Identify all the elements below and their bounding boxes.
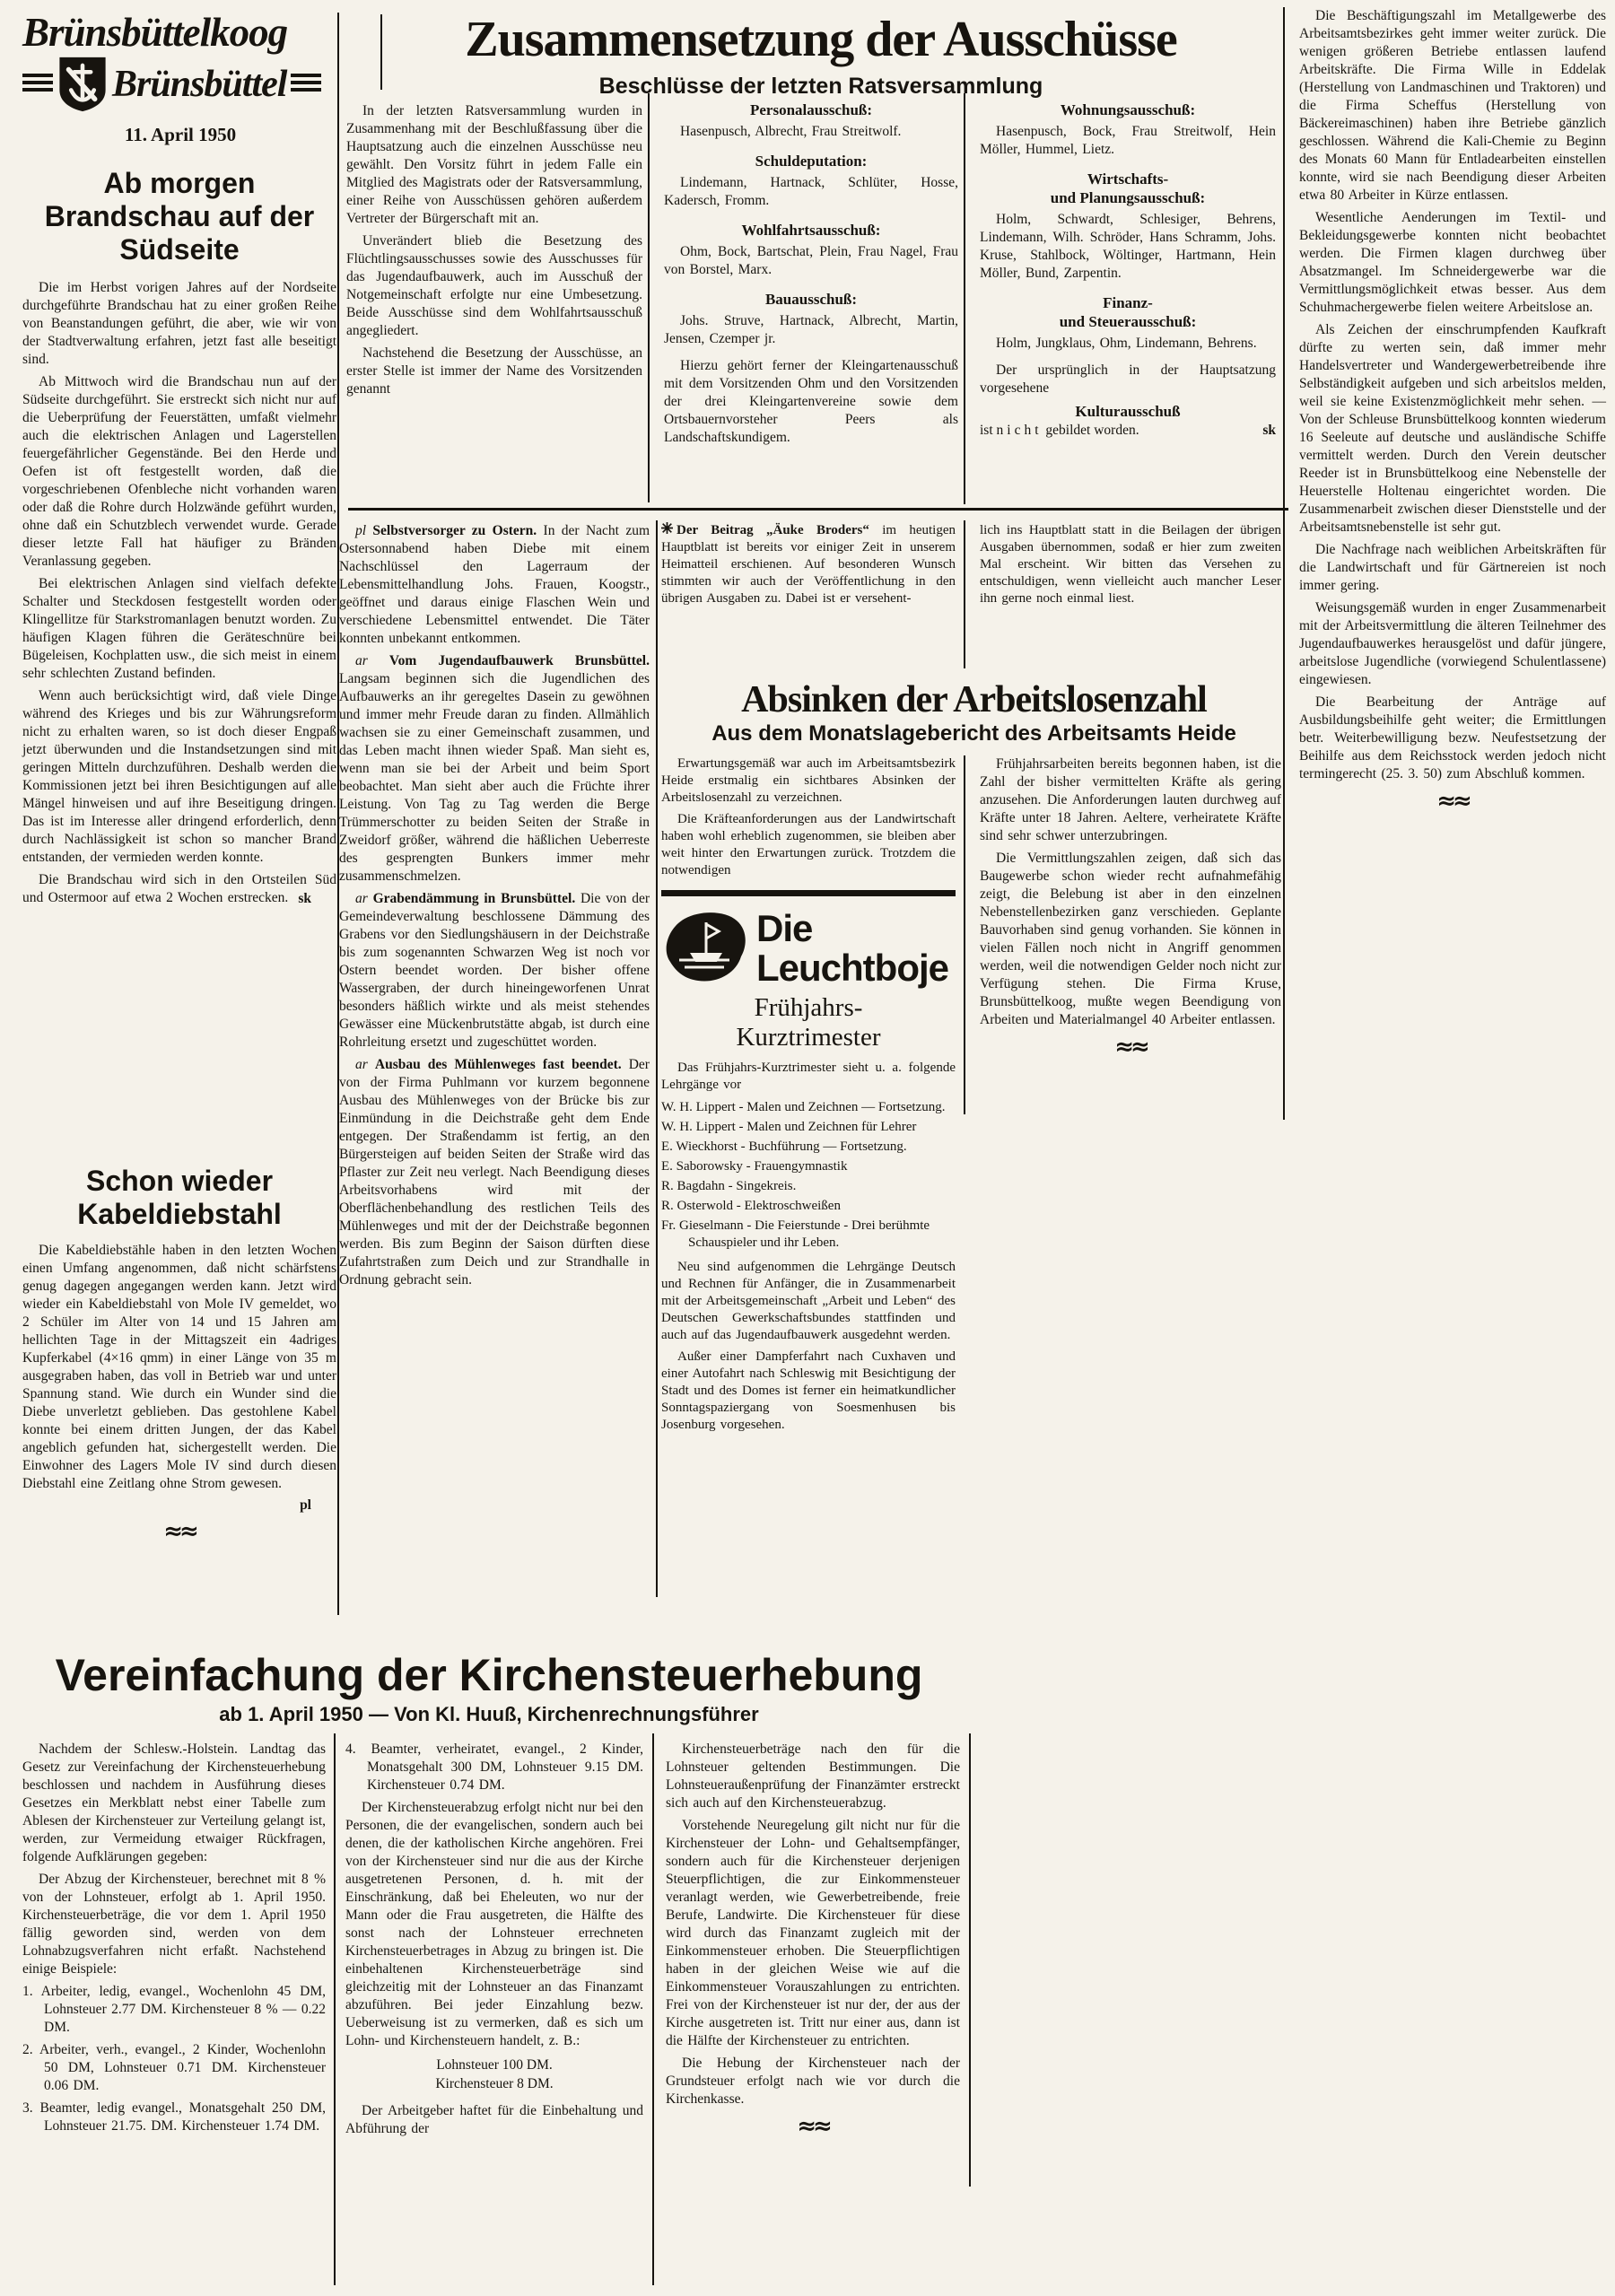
course-item: W. H. Lippert - Malen und Zeichnen für L… xyxy=(661,1119,956,1136)
news-item: ar Vom Jugendaufbauwerk Brunsbüttel. Lan… xyxy=(339,652,650,886)
column-rule xyxy=(969,1733,971,2187)
article-body: Die Kabeldiebstähle haben in den letzten… xyxy=(22,1242,336,1493)
paragraph: Die Beschäftigungszahl im Metallgewerbe … xyxy=(1299,7,1606,205)
committee-members: Holm, Jungklaus, Ohm, Lindemann, Behrens… xyxy=(980,335,1276,353)
news-item: pl Selbstversorger zu Ostern. In der Nac… xyxy=(339,522,650,648)
squiggle-divider: ≈≈ xyxy=(666,2117,960,2135)
kirchensteuer-col-1: Nachdem der Schlesw.-Holstein. Landtag d… xyxy=(22,1741,326,2140)
committee-title: Wohlfahrtsausschuß: xyxy=(664,221,958,240)
news-item: ar Ausbau des Mühlenweges fast beendet. … xyxy=(339,1056,650,1289)
kirchensteuer-byline: ab 1. April 1950 — Von Kl. Huuß, Kirchen… xyxy=(13,1703,965,1726)
column-rule xyxy=(648,93,650,502)
local-news-column: pl Selbstversorger zu Ostern. In der Nac… xyxy=(339,522,650,1294)
local-news-items: pl Selbstversorger zu Ostern. In der Nac… xyxy=(339,522,650,1289)
paragraph: Kirchensteuerbeträge nach den für die Lo… xyxy=(666,1741,960,1812)
committee-members: Holm, Schwardt, Schlesiger, Behrens, Lin… xyxy=(980,211,1276,283)
course-item: E. Saborowsky - Frauengymnastik xyxy=(661,1158,956,1175)
asterisk-star-icon xyxy=(661,522,673,534)
body: Kirchensteuerbeträge nach den für die Lo… xyxy=(666,1741,960,2108)
committee-members: Johs. Struve, Hartnack, Albrecht, Martin… xyxy=(664,312,958,348)
squiggle-divider: ≈≈ xyxy=(1299,792,1606,810)
news-lead: Grabendämmung in Brunsbüttel. xyxy=(373,891,581,906)
absinken-body-right: Frühjahrsarbeiten bereits begonnen haben… xyxy=(980,755,1281,1029)
committee-list-1: Personalausschuß:Hasenpusch, Albrecht, F… xyxy=(664,90,958,451)
notice-lead: Der Beitrag „Äuke Broders“ xyxy=(677,523,869,537)
paragraph: Als Zeichen der einschrumpfenden Kaufkra… xyxy=(1299,321,1606,537)
body: Nachdem der Schlesw.-Holstein. Landtag d… xyxy=(22,1741,326,1978)
centered-line: Kirchensteuer 8 DM. xyxy=(345,2074,643,2093)
committee-title: Bauausschuß: xyxy=(664,290,958,309)
leuchtboje-header: Die Leuchtboje xyxy=(661,909,956,988)
committee-groups: Personalausschuß:Hasenpusch, Albrecht, F… xyxy=(664,100,958,348)
kultur-pre: ist xyxy=(980,423,993,438)
paragraph: Frühjahrsarbeiten bereits begonnen haben… xyxy=(980,755,1281,845)
leuchtboje-title: Die Leuchtboje xyxy=(756,909,948,988)
committee-title: Finanz- und Steuerausschuß: xyxy=(980,293,1276,331)
leuchtboje-intro: Das Frühjahrs-Kurztrimester sieht u. a. … xyxy=(661,1060,956,1094)
ribbon-decoration-icon xyxy=(22,74,53,95)
example-item: 1. Arbeiter, ledig, evangel., Wochenlohn… xyxy=(22,1983,326,2037)
paragraph: Unverändert blieb die Besetzung des Flüc… xyxy=(346,232,642,340)
absinken-body-left: Erwartungsgemäß war auch im Arbeitsamtsb… xyxy=(661,755,956,879)
masthead: Brünsbüttelkoog Brünsbüttel 11. April 19… xyxy=(22,11,338,146)
example-item: 2. Arbeiter, verh., evangel., 2 Kinder, … xyxy=(22,2041,326,2095)
committee-list-2: Wohnungsausschuß:Hasenpusch, Bock, Frau … xyxy=(980,90,1276,439)
squiggle-divider: ≈≈ xyxy=(980,1038,1281,1056)
kultur-title: Kulturausschuß xyxy=(980,402,1276,421)
paragraph: Wesentliche Aenderungen im Textil- und B… xyxy=(1299,209,1606,317)
tax-example-lines: Lohnsteuer 100 DM.Kirchensteuer 8 DM. xyxy=(345,2056,643,2093)
paragraph: Die Kräfteanforderungen aus der Landwirt… xyxy=(661,811,956,879)
paragraph: Außer einer Dampferfahrt nach Cuxhaven u… xyxy=(661,1349,956,1434)
article-kabeldiebstahl: Schon wieder Kabeldiebstahl Die Kabeldie… xyxy=(22,1165,336,1546)
paragraph: Hierzu gehört ferner der Kleingartenauss… xyxy=(664,357,958,447)
committee-title: Wohnungsausschuß: xyxy=(980,100,1276,119)
article-title: Schon wieder Kabeldiebstahl xyxy=(22,1165,336,1231)
thick-rule xyxy=(661,890,956,896)
committee-title: Wirtschafts- und Planungsausschuß: xyxy=(980,170,1276,207)
column-rule xyxy=(964,520,965,668)
news-item: ar Grabendämmung in Brunsbüttel. Die von… xyxy=(339,890,650,1052)
article-title: Ab morgen Brandschau auf der Südseite xyxy=(22,167,336,266)
shield-anchor-hammer-icon xyxy=(57,56,108,113)
news-lead: Vom Jugendaufbauwerk Brunsbüttel. xyxy=(389,653,650,668)
column-rule xyxy=(334,1733,336,2285)
issue-date: 11. April 1950 xyxy=(22,124,338,146)
news-lead: Ausbau des Mühlenweges fast beendet. xyxy=(375,1057,629,1072)
body: Der Kirchensteuerabzug erfolgt nicht nur… xyxy=(345,1799,643,2050)
section-rule xyxy=(348,508,1288,511)
course-item: Fr. Gieselmann - Die Feierstunde - Drei … xyxy=(661,1218,956,1252)
column-rule xyxy=(964,93,965,504)
kirchensteuer-col-3: Kirchensteuerbeträge nach den für die Lo… xyxy=(666,1741,960,2141)
course-item: R. Bagdahn - Singekreis. xyxy=(661,1178,956,1195)
labour-market-column: Die Beschäftigungszahl im Metallgewerbe … xyxy=(1299,7,1606,816)
absinken-subhead: Aus dem Monatslagebericht des Arbeitsamt… xyxy=(658,721,1290,746)
masthead-title-line1: Brünsbüttelkoog xyxy=(22,11,338,54)
paragraph: Die Nachfrage nach weiblichen Arbeitskrä… xyxy=(1299,541,1606,595)
paragraph: Nachdem der Schlesw.-Holstein. Landtag d… xyxy=(22,1741,326,1866)
committee-members: Ohm, Bock, Bartschat, Plein, Frau Nagel,… xyxy=(664,243,958,279)
intro-body: In der letzten Ratsversammlung wurden in… xyxy=(346,102,642,398)
news-signature: pl xyxy=(355,523,372,538)
column-rule xyxy=(964,755,965,1114)
paragraph: Neu sind aufgenommen die Lehrgänge Deuts… xyxy=(661,1259,956,1344)
paragraph: Erwartungsgemäß war auch im Arbeitsamtsb… xyxy=(661,755,956,807)
absinken-col-right: Frühjahrsarbeiten bereits begonnen haben… xyxy=(980,755,1281,1061)
course-list: W. H. Lippert - Malen und Zeichnen — For… xyxy=(661,1099,956,1252)
course-item: E. Wieckhorst - Buchführung — Fortsetzun… xyxy=(661,1139,956,1156)
ribbon-decoration-icon xyxy=(291,74,321,95)
examples: 4. Beamter, verheiratet, evangel., 2 Kin… xyxy=(345,1741,643,1794)
leuchtboje-subtitle: Frühjahrs- Kurztrimester xyxy=(661,993,956,1052)
example-item: 4. Beamter, verheiratet, evangel., 2 Kin… xyxy=(345,1741,643,1794)
article-body: Die im Herbst vorigen Jahres auf der Nor… xyxy=(22,279,336,907)
article-brandschau: Ab morgen Brandschau auf der Südseite Di… xyxy=(22,167,336,907)
committee-groups: Wohnungsausschuß:Hasenpusch, Bock, Frau … xyxy=(980,100,1276,353)
course-item: R. Osterwold - Elektroschweißen xyxy=(661,1198,956,1215)
beitrag-notice-left: Der Beitrag „Äuke Broders“ im heutigen H… xyxy=(661,522,956,612)
paragraph: Wenn auch berücksichtigt wird, daß viele… xyxy=(22,687,336,867)
column-rule xyxy=(1283,7,1285,1120)
kultur-spaced: nicht xyxy=(997,423,1043,438)
paragraph: Die Vermittlungszahlen zeigen, daß sich … xyxy=(980,850,1281,1029)
paragraph: Ab Mittwoch wird die Brandschau nun auf … xyxy=(22,373,336,571)
paragraph: Der Arbeitgeber haftet für die Einbehalt… xyxy=(345,2102,643,2138)
masthead-title-line2: Brünsbüttel xyxy=(112,63,286,106)
committee-members: Hasenpusch, Albrecht, Frau Streitwolf. xyxy=(664,123,958,141)
paragraph: Vorstehende Neuregelung gilt nicht nur f… xyxy=(666,1817,960,2050)
newspaper-page: Brünsbüttelkoog Brünsbüttel 11. April 19… xyxy=(0,0,1615,2296)
paragraph: Der ursprünglich in der Hauptsatzung vor… xyxy=(980,362,1276,397)
course-item: W. H. Lippert - Malen und Zeichnen — For… xyxy=(661,1099,956,1116)
kultur-line: ist nicht gebildet worden. sk xyxy=(980,423,1276,439)
beitrag-notice-right: lich ins Hauptblatt statt in die Beilage… xyxy=(980,522,1281,612)
kirchensteuer-headline: Vereinfachung der Kirchensteuerhebung xyxy=(13,1649,965,1701)
committee-title: Schuldeputation: xyxy=(664,152,958,170)
notice-text-2: lich ins Hauptblatt statt in die Beilage… xyxy=(980,522,1281,607)
committee-title: Personalausschuß: xyxy=(664,100,958,119)
paragraph: Nachstehend die Besetzung der Ausschüsse… xyxy=(346,345,642,398)
lighthouse-buoy-icon xyxy=(661,910,747,987)
paragraph: Die Bearbeitung der Anträge auf Ausbildu… xyxy=(1299,694,1606,783)
example-item: 3. Beamter, ledig evangel., Monatsgehalt… xyxy=(22,2100,326,2135)
leuchtboje-body: Neu sind aufgenommen die Lehrgänge Deuts… xyxy=(661,1259,956,1434)
committee-note: Der ursprünglich in der Hauptsatzung vor… xyxy=(980,362,1276,397)
committee-members: Hasenpusch, Bock, Frau Streitwolf, Hein … xyxy=(980,123,1276,159)
paragraph: Der Abzug der Kirchensteuer, berechnet m… xyxy=(22,1871,326,1978)
absinken-col-left: Erwartungsgemäß war auch im Arbeitsamtsb… xyxy=(661,755,956,1438)
news-signature: ar xyxy=(355,653,389,668)
committee-members: Lindemann, Hartnack, Schlüter, Hosse, Ka… xyxy=(664,174,958,210)
news-lead: Selbstversorger zu Ostern. xyxy=(372,523,543,538)
paragraph: Weisungsgemäß wurden in enger Zusammenar… xyxy=(1299,599,1606,689)
body: Der Arbeitgeber haftet für die Einbehalt… xyxy=(345,2102,643,2138)
paragraph: Der Kirchensteuerabzug erfolgt nicht nur… xyxy=(345,1799,643,2050)
signature: pl xyxy=(22,1497,336,1514)
kirchensteuer-col-2: 4. Beamter, verheiratet, evangel., 2 Kin… xyxy=(345,1741,643,2143)
centered-line: Lohnsteuer 100 DM. xyxy=(345,2056,643,2074)
kultur-post: gebildet worden. xyxy=(1045,423,1139,438)
news-signature: ar xyxy=(355,1057,375,1072)
squiggle-divider: ≈≈ xyxy=(22,1523,336,1541)
labour-market-body: Die Beschäftigungszahl im Metallgewerbe … xyxy=(1299,7,1606,783)
paragraph: Die im Herbst vorigen Jahres auf der Nor… xyxy=(22,279,336,369)
column-rule xyxy=(652,1733,654,2285)
committee-note: Hierzu gehört ferner der Kleingartenauss… xyxy=(664,357,958,447)
absinken-headline: Absinken der Arbeitslosenzahl xyxy=(658,678,1290,721)
paragraph: Bei elektrischen Anlagen sind vielfach d… xyxy=(22,575,336,683)
paragraph: In der letzten Ratsversammlung wurden in… xyxy=(346,102,642,228)
paragraph: Die Kabeldiebstähle haben in den letzten… xyxy=(22,1242,336,1493)
examples: 1. Arbeiter, ledig, evangel., Wochenlohn… xyxy=(22,1983,326,2135)
paragraph: Die Hebung der Kirchensteuer nach der Gr… xyxy=(666,2055,960,2108)
committees-intro: In der letzten Ratsversammlung wurden in… xyxy=(346,102,642,403)
news-signature: ar xyxy=(355,891,373,906)
signature: sk xyxy=(1262,423,1276,439)
main-headline: Zusammensetzung der Ausschüsse xyxy=(359,11,1283,68)
